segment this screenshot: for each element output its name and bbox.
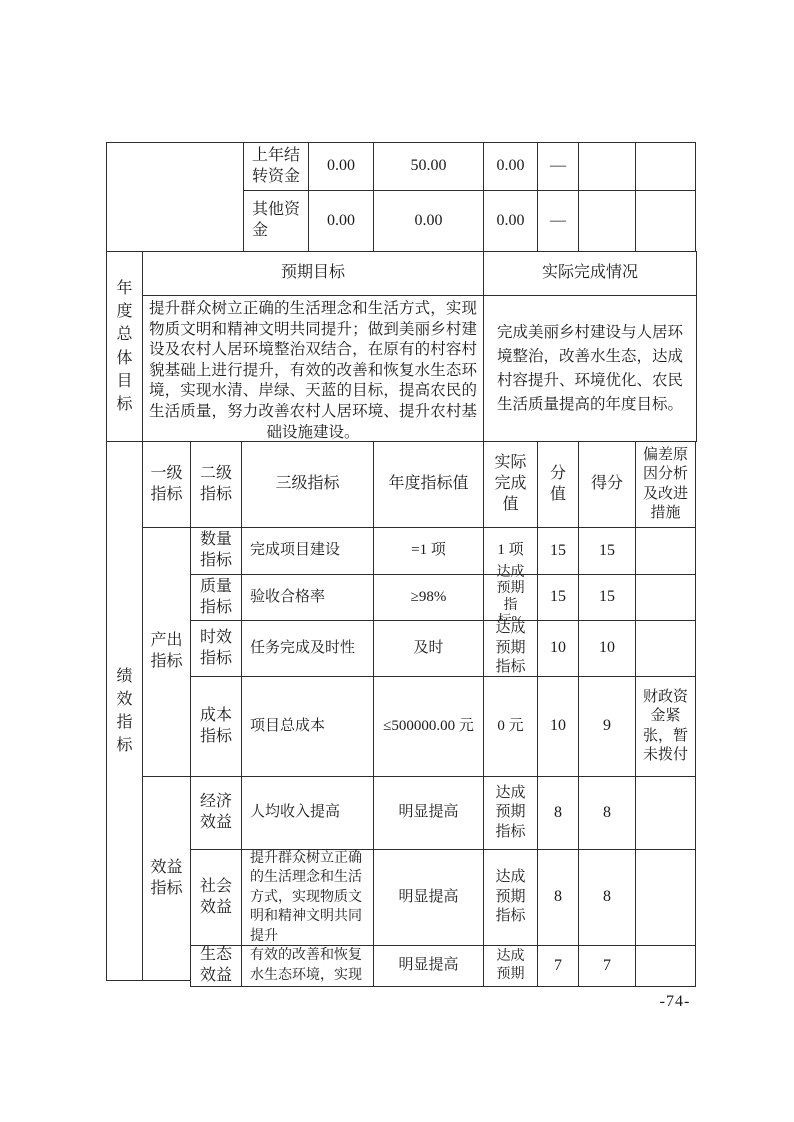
row-score: 7 bbox=[578, 945, 636, 987]
header-level2: 二级指标 bbox=[190, 441, 242, 528]
row-deviation bbox=[635, 776, 696, 850]
row-score: 15 bbox=[578, 527, 636, 575]
document-page: 上年结转资金 0.00 50.00 0.00 — 其他资金 0.00 0.00 … bbox=[0, 0, 794, 1122]
annual-goal-side-label: 年度总体目标 bbox=[106, 251, 143, 442]
row-target: ≥98% bbox=[373, 574, 484, 621]
row-level3: 完成项目建设 bbox=[241, 527, 374, 575]
row-level3: 人均收入提高 bbox=[241, 776, 374, 850]
page-number: -74- bbox=[650, 993, 700, 1011]
expected-goal-text: 提升群众树立正确的生活理念和生活方式，实现物质文明和精神文明共同提升；做到美丽乡… bbox=[142, 295, 484, 442]
row-score-full: 10 bbox=[537, 676, 579, 777]
actual-completion-header: 实际完成情况 bbox=[483, 251, 697, 296]
row-level3: 验收合格率 bbox=[241, 574, 374, 621]
row-target: 及时 bbox=[373, 620, 484, 677]
row-level3: 提升群众树立正确的生活理念和生活方式，实现物质文明和精神文明共同提升 bbox=[241, 849, 374, 946]
row-score-full: 15 bbox=[537, 574, 579, 621]
row-level2: 时效指标 bbox=[190, 620, 242, 677]
row-score-full: 8 bbox=[537, 776, 579, 850]
row-score-full: 7 bbox=[537, 945, 579, 987]
row-deviation bbox=[635, 527, 696, 575]
row-target: =1 项 bbox=[373, 527, 484, 575]
funding-value: 0.00 bbox=[373, 190, 484, 252]
funding-spanner-cell bbox=[106, 142, 244, 252]
funding-value bbox=[635, 142, 696, 191]
row-target: 明显提高 bbox=[373, 849, 484, 946]
header-deviation: 偏差原因分析及改进措施 bbox=[635, 441, 696, 528]
row-actual: 达成预期指标 bbox=[483, 776, 538, 850]
expected-goal-header: 预期目标 bbox=[142, 251, 484, 296]
row-actual: 达成预期 bbox=[483, 945, 538, 987]
row-level3: 项目总成本 bbox=[241, 676, 374, 777]
funding-value bbox=[578, 190, 636, 252]
row-target: 明显提高 bbox=[373, 945, 484, 987]
performance-side-label: 绩效指标 bbox=[106, 441, 143, 981]
header-score: 得分 bbox=[578, 441, 636, 528]
funding-value bbox=[578, 142, 636, 191]
funding-value bbox=[635, 190, 696, 252]
row-actual: 达成预期指标% bbox=[483, 574, 538, 621]
row-deviation bbox=[635, 849, 696, 946]
row-level2: 成本指标 bbox=[190, 676, 242, 777]
row-level2: 经济效益 bbox=[190, 776, 242, 850]
row-actual: 达成预期指标 bbox=[483, 849, 538, 946]
row-level2: 数量指标 bbox=[190, 527, 242, 575]
row-deviation bbox=[635, 620, 696, 677]
row-target: 明显提高 bbox=[373, 776, 484, 850]
row-deviation bbox=[635, 945, 696, 987]
row-actual: 0 元 bbox=[483, 676, 538, 777]
funding-value: 50.00 bbox=[373, 142, 484, 191]
row-score: 10 bbox=[578, 620, 636, 677]
funding-value: 0.00 bbox=[483, 190, 538, 252]
row-score-full: 15 bbox=[537, 527, 579, 575]
funding-value: — bbox=[537, 142, 579, 191]
funding-value: 0.00 bbox=[483, 142, 538, 191]
header-actual-value: 实际完成值 bbox=[483, 441, 538, 528]
header-level3: 三级指标 bbox=[241, 441, 374, 528]
row-deviation bbox=[635, 574, 696, 621]
row-deviation: 财政资金紧张，暂未拨付 bbox=[635, 676, 696, 777]
funding-value: 0.00 bbox=[308, 190, 374, 252]
row-score: 8 bbox=[578, 776, 636, 850]
header-annual-target: 年度指标值 bbox=[373, 441, 484, 528]
row-score: 9 bbox=[578, 676, 636, 777]
funding-value: — bbox=[537, 190, 579, 252]
row-score-full: 8 bbox=[537, 849, 579, 946]
row-score: 8 bbox=[578, 849, 636, 946]
row-target: ≤500000.00 元 bbox=[373, 676, 484, 777]
group-benefit-indicators: 效益指标 bbox=[142, 776, 191, 981]
header-score-full: 分值 bbox=[537, 441, 579, 528]
row-level2: 社会效益 bbox=[190, 849, 242, 946]
row-level2: 生态效益 bbox=[190, 945, 242, 987]
actual-completion-text: 完成美丽乡村建设与人居环境整治，改善水生态，达成村容提升、环境优化、农民生活质量… bbox=[483, 295, 697, 442]
header-level1: 一级指标 bbox=[142, 441, 191, 528]
group-output-indicators: 产出指标 bbox=[142, 527, 191, 777]
funding-value: 0.00 bbox=[308, 142, 374, 191]
row-actual: 达成预期指标 bbox=[483, 620, 538, 677]
funding-row-label: 上年结转资金 bbox=[243, 142, 309, 191]
row-level2: 质量指标 bbox=[190, 574, 242, 621]
row-level3: 有效的改善和恢复水生态环境，实现 bbox=[241, 945, 374, 987]
funding-row-label: 其他资金 bbox=[243, 190, 309, 252]
row-score-full: 10 bbox=[537, 620, 579, 677]
row-level3: 任务完成及时性 bbox=[241, 620, 374, 677]
row-score: 15 bbox=[578, 574, 636, 621]
